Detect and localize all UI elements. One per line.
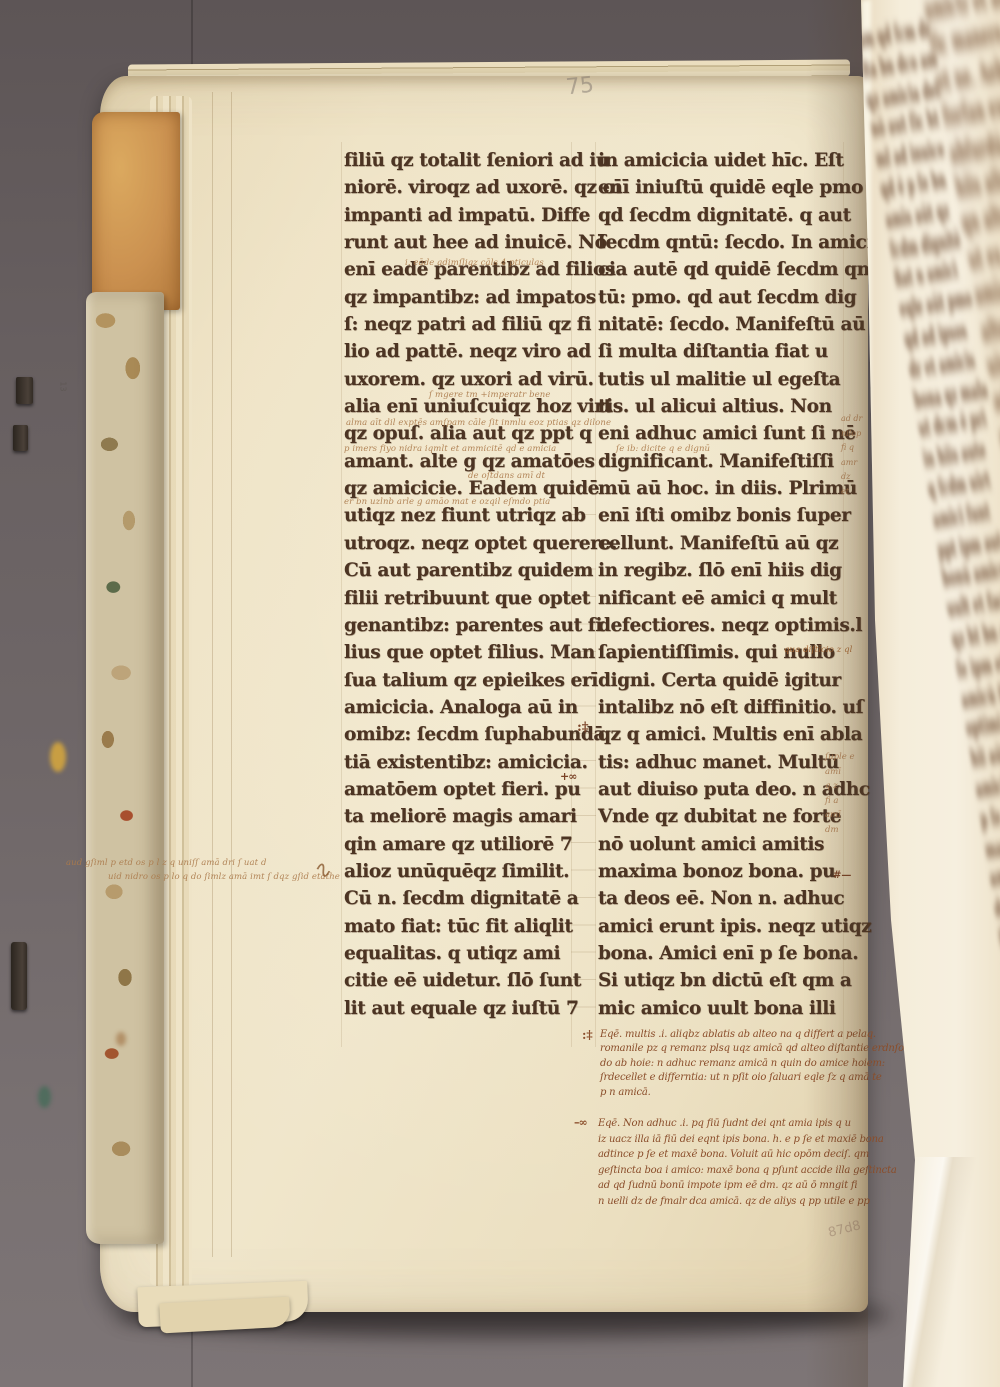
text-line: niorē. viroqz ad uxorē. qz oī [344, 174, 570, 201]
folio-number-pencil: 75 [565, 73, 595, 101]
ruling-line [212, 92, 213, 1257]
interlinear-gloss: er bn uzlnb arle g amāo mat e ozqil eſmd… [344, 497, 550, 507]
text-line: tiā existentibz: amicicia. [344, 749, 570, 776]
text-line: runt aut hee ad inuicē. Nō [344, 229, 570, 256]
parchment-stain [50, 742, 66, 772]
left-margin-note: aud gſiml p etd os p l z q uniſſ amā dri… [66, 858, 267, 868]
ruling-line [341, 142, 342, 1047]
text-line: lius que optet filius. Man [344, 639, 570, 666]
text-line: citie eē uidetur. ſlō ſunt [344, 967, 570, 994]
interlinear-gloss: ſ mgere tm +imperatr bene [429, 390, 551, 400]
interlinear-gloss: ſe ib: dicite q e dignū [616, 444, 710, 454]
text-line: filiū qz totalit ſeniori ad iu [344, 147, 570, 174]
text-line: genantibz: parentes aut fi [344, 612, 570, 639]
text-line: alioz unūquēqz ſimilit. [344, 858, 570, 885]
text-line: lit aut equale qz iuſtū 7 [344, 995, 570, 1022]
binding-leather-corner [92, 112, 180, 310]
parchment-stain [116, 1032, 126, 1046]
text-line: qin amare qz utiliorē 7 [344, 831, 570, 858]
metal-clasp-icon [13, 425, 28, 451]
interlinear-gloss: p imers fiyo nidra iqmlt et ammicitē qd … [344, 444, 556, 454]
turning-page-shadow [806, 0, 868, 1387]
text-line: uxorem. qz uxori ad virū. [344, 366, 570, 393]
interlinear-gloss: alma aīt dil exptēs amſpam cāle ſit inml… [346, 418, 611, 428]
interlinear-gloss: de oſtdans amī dt [468, 471, 545, 481]
text-line: ſua talium qz epieikes erī [344, 667, 570, 694]
tie-mark-icon: +∞ [560, 770, 576, 783]
interlinear-gloss: i. eāde adimſliqz cāls 4 pticulas [405, 258, 544, 268]
text-line: Cū n. ſecdm dignitatē a [344, 885, 570, 912]
text-line: ta meliorē magis amari [344, 803, 570, 830]
text-line: impanti ad impatū. Diffe [344, 202, 570, 229]
gloss-tie-mark-icon: :‡ [582, 1028, 593, 1042]
text-column-left: filiū qz totalit ſeniori ad iuniorē. vir… [344, 147, 570, 1022]
edge-pencil-number: 13 [59, 381, 68, 391]
left-margin-note: uid nidro os p lo q do ſimlz amā imt ſ d… [108, 872, 340, 882]
parchment-stain [38, 1086, 51, 1108]
text-line: Cū aut parentibz quidem [344, 557, 570, 584]
photo-scene: 75 13 87d8 filiū qz totalit ſeniori ad i… [0, 0, 1000, 1387]
text-line: utroqz. neqz optet querere. [344, 530, 570, 557]
text-line: equalitas. q utiqz ami [344, 940, 570, 967]
text-line: qz impantibz: ad impatos [344, 284, 570, 311]
text-line: omibz: ſecdm ſuphabundā [344, 721, 570, 748]
text-line: lio ad pattē. neqz viro ad [344, 338, 570, 365]
gloss-tie-mark-icon: –∞ [574, 1116, 587, 1129]
text-line: ſ: neqz patri ad filiū qz fi [344, 311, 570, 338]
text-line: amatōem optet fieri. pu [344, 776, 570, 803]
text-line: amicicia. Analoga aū in [344, 694, 570, 721]
metal-clasp-icon [11, 942, 27, 1010]
text-line: mato fiat: tūc fit aliqlit [344, 913, 570, 940]
spine-parchment-mottled [86, 292, 164, 1244]
tie-mark-icon: :‡ [577, 720, 589, 735]
metal-clasp-icon [16, 377, 33, 404]
ruling-line [231, 92, 232, 1257]
text-line: filii retribuunt que optet [344, 585, 570, 612]
